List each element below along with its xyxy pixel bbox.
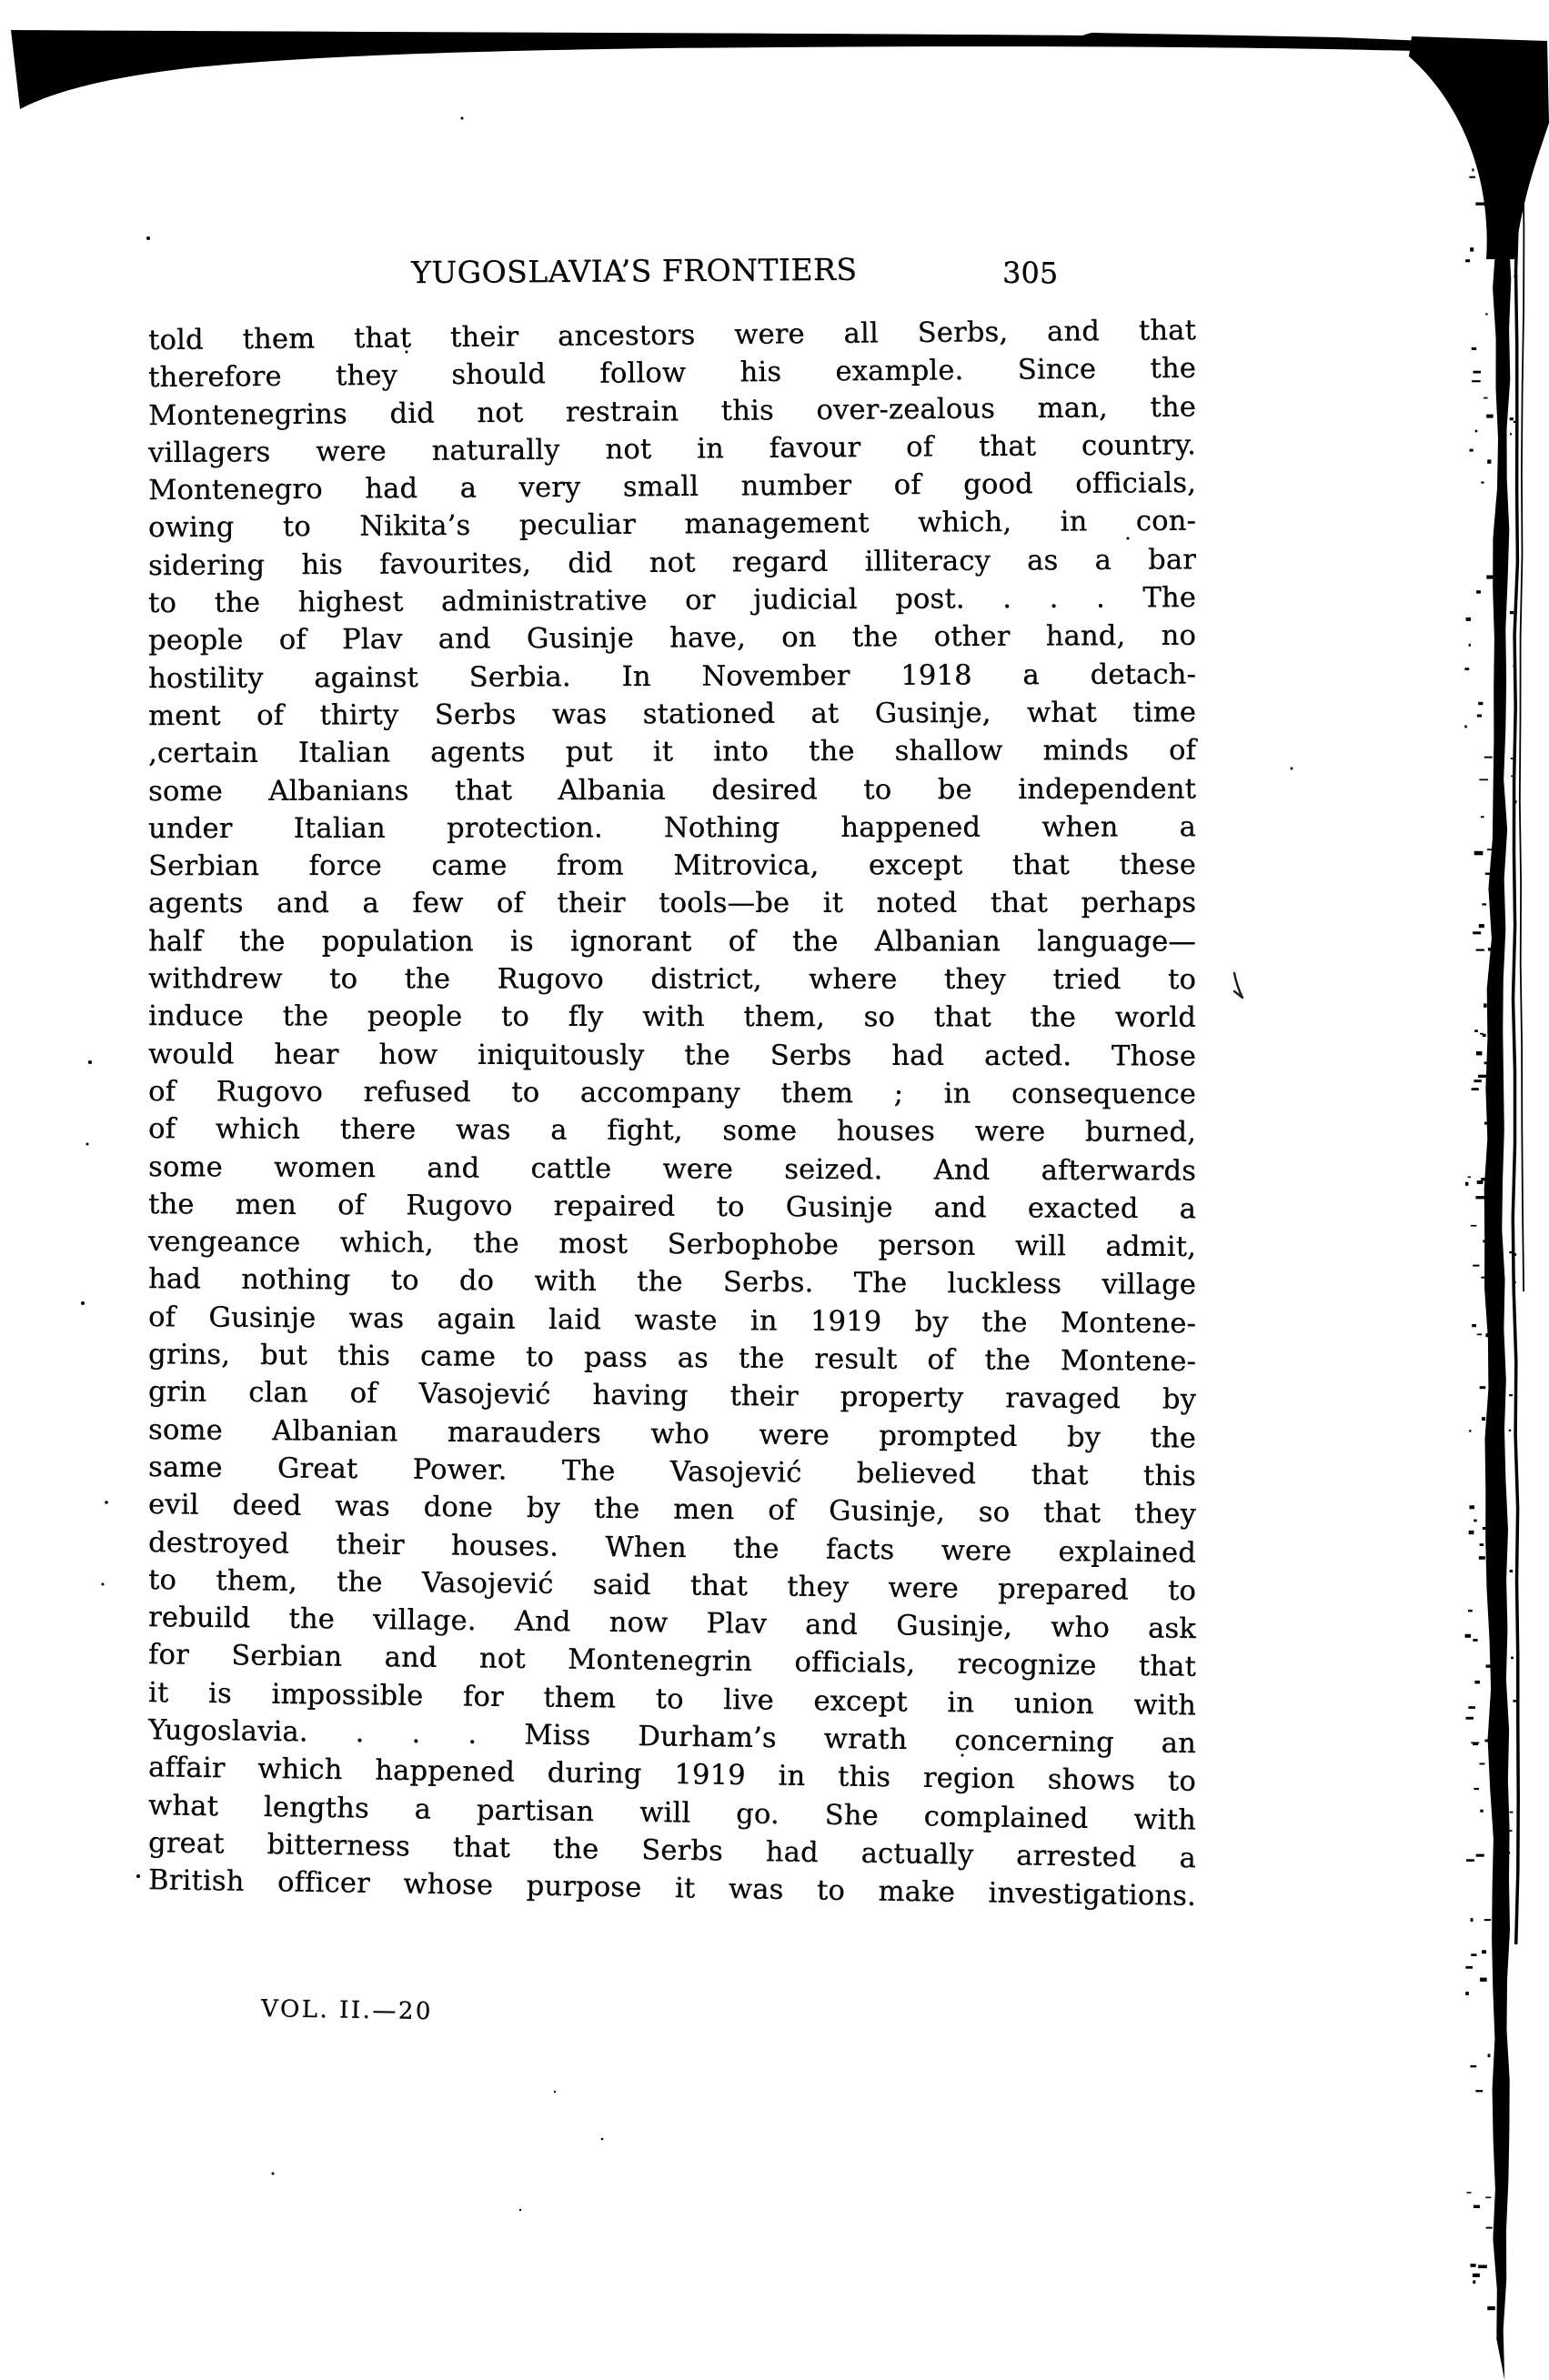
text-line: some Albanians that Albania desired to b… [148,770,1196,810]
text-line: of Gusinje was again laid waste in 1919 … [148,1299,1196,1343]
text-line: under Italian protection. Nothing happen… [148,808,1196,848]
scan-artifact-top-edge [11,30,1448,109]
text-line: had nothing to do with the Serbs. The lu… [148,1260,1196,1304]
text-line: of which there was a fight, some houses … [148,1110,1196,1151]
text-line: vengeance which, the most Serbophobe per… [148,1223,1196,1266]
text-line: withdrew to the Rugovo district, where t… [148,960,1196,999]
text-line: Serbian force came from Mitrovica, excep… [148,847,1196,886]
text-line: would hear how iniquitously the Serbs ha… [148,1036,1196,1076]
text-line: ,certain Italian agents put it into the … [148,732,1196,773]
scan-artifact-right-gutter [1464,38,1524,2380]
body-text: told them that their ancestors were all … [148,322,1196,1899]
scan-artifact-corner-blob [1409,36,1549,259]
running-header-title: YUGOSLAVIA’S FRONTIERS [411,252,858,290]
text-line: people of Plav and Gusinje have, on the … [148,618,1196,660]
text-line: some women and cattle were seized. And a… [148,1149,1196,1190]
text-line: of Rugovo refused to accompany them ; in… [148,1073,1196,1113]
volume-signature: VOL. II.—20 [261,1995,433,2025]
text-line: induce the people to fly with them, so t… [148,998,1196,1037]
text-line: owing to Nikita’s peculiar management wh… [148,503,1196,547]
text-line: agents and a few of their tools—be it no… [148,885,1196,923]
text-line: ment of thirty Serbs was stationed at Gu… [148,694,1196,735]
text-line: to the highest administrative or judicia… [148,579,1196,622]
scanned-book-page: YUGOSLAVIA’S FRONTIERS 305 told them tha… [0,0,1549,2380]
text-line: sidering his favourites, did not regard … [148,541,1196,585]
text-line: half the population is ignorant of the A… [148,923,1196,960]
text-line: the men of Rugovo repaired to Gusinje an… [148,1186,1196,1228]
page-number: 305 [1002,256,1058,290]
text-line: hostility against Serbia. In November 19… [148,656,1196,698]
margin-checkmark-icon [1234,973,1242,998]
